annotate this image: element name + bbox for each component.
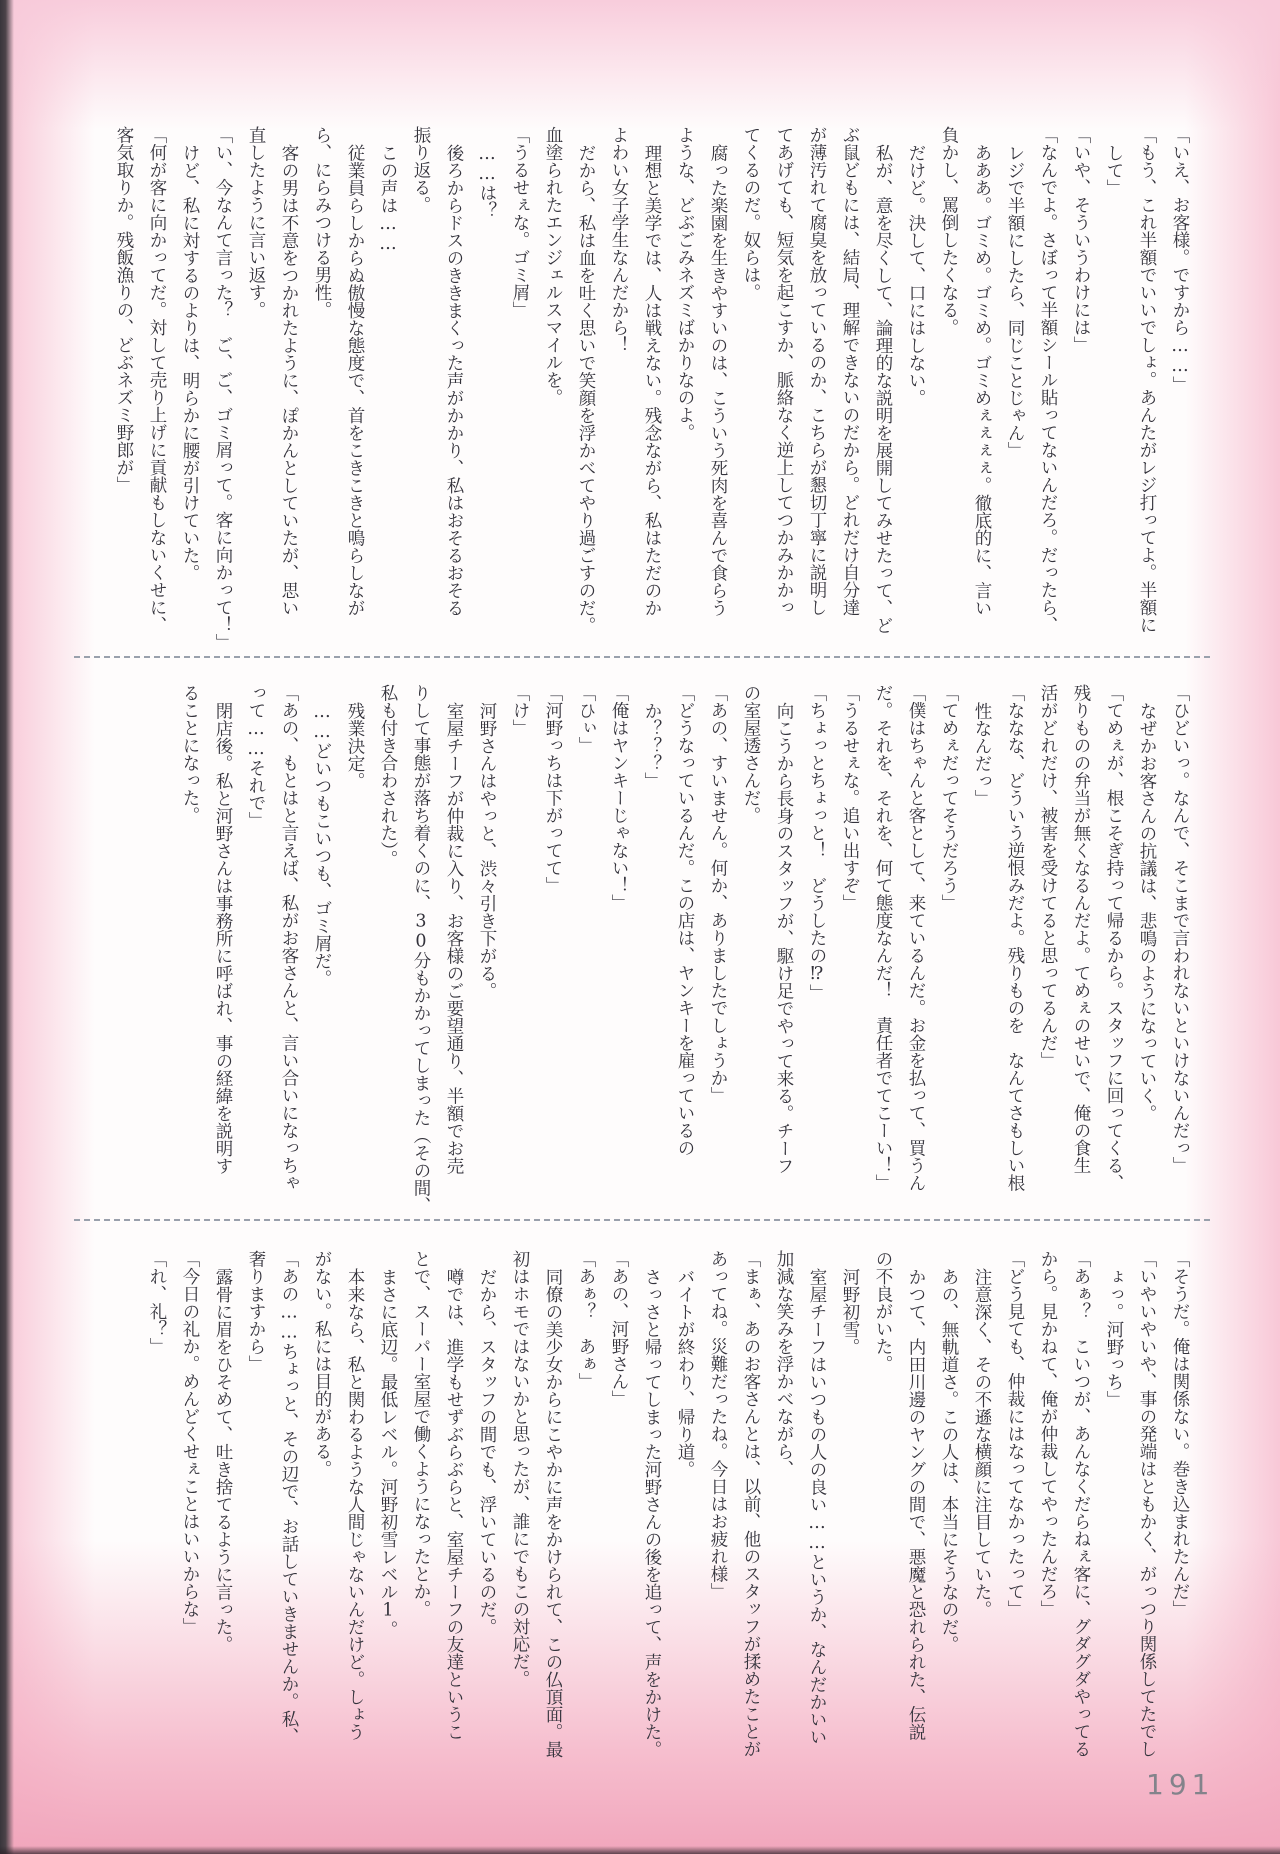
text-block-bottom: 「そうだ。俺は関係ない。巻き込まれたんだ」「いやいやいや、事の発端はともかく、が…: [80, 1250, 1196, 1786]
text-line: 閉店後。私と河野さんは事務所に呼ばれ、事の経緯を説明す: [206, 684, 239, 1238]
text-line: の室屋透さんだ。: [734, 684, 767, 1220]
text-line: この声は……: [371, 126, 404, 680]
text-line: 本来なら、私と関わるような人間じゃないんだけど。しょう: [338, 1250, 371, 1804]
text-line: けど、私に対するのよりは、明らかに腰が引けていた。: [173, 126, 206, 680]
text-line: から。見かねて、俺が仲裁してやったんだろ」: [1031, 1250, 1064, 1786]
text-line: 性なんだっ」: [965, 684, 998, 1238]
text-line: 「うるせぇな。ゴミ屑」: [503, 126, 536, 662]
text-line: 血塗られたエンジェルスマイルを。: [536, 126, 569, 662]
text-line: 向こうから長身のスタッフが、駆け足でやって来る。チーフ: [767, 684, 800, 1238]
text-line: して」: [1097, 126, 1130, 680]
text-line: レジで半額にしたら、同じことじゃん」: [998, 126, 1031, 680]
text-line: だけど。決して、口にはしない。: [899, 126, 932, 680]
text-line: 従業員らしからぬ傲慢な態度で、首をこきこきと鳴らしなが: [338, 126, 371, 680]
text-line: 初はホモではないかと思ったが、誰にでもこの対応だ。: [503, 1250, 536, 1786]
text-line: 加減な笑みを浮かべながら、: [767, 1250, 800, 1786]
text-line: 「け」: [503, 684, 536, 1220]
text-line: なぜかお客さんの抗議は、悲鳴のようになっていく。: [1130, 684, 1163, 1238]
text-line: 噂では、進学もせずぶらぶらと、室屋チーフの友達というこ: [437, 1250, 470, 1804]
text-line: ……どいつもこいつも、ゴミ屑だ。: [305, 684, 338, 1238]
text-line: 「あの、もとはと言えば、私がお客さんと、言い合いになっちゃ: [272, 684, 305, 1220]
text-line: 同僚の美少女からにこやかに声をかけられて、この仏頂面。最: [536, 1250, 569, 1804]
text-line: の不良がいた。: [866, 1250, 899, 1786]
text-line: 残業決定。: [338, 684, 371, 1238]
text-line: よわい女子学生なんだから！: [602, 126, 635, 662]
text-line: 「まぁ、あのお客さんとは、以前、他のスタッフが揉めたことが: [734, 1250, 767, 1786]
text-line: 客の男は不意をつかれたように、ぽかんとしていたが、思い: [272, 126, 305, 680]
text-block-top: 「いえ、お客様。ですから……」「もう、これ半額でいいでしょ。あんたがレジ打ってよ…: [80, 126, 1196, 662]
text-line: 「河野っちは下がってて」: [536, 684, 569, 1220]
text-line: 振り返る。: [404, 126, 437, 662]
text-line: 「うるせぇな。追い出すぞ」: [833, 684, 866, 1220]
text-line: 私も付き合わされた）。: [371, 684, 404, 1220]
text-line: ぶ鼠どもには、結局、理解できないのだから。どれだけ自分達: [833, 126, 866, 662]
book-page: 「いえ、お客様。ですから……」「もう、これ半額でいいでしょ。あんたがレジ打ってよ…: [0, 0, 1280, 1854]
text-line: 「あぁ？ あぁ」: [569, 1250, 602, 1786]
text-line: だから、私は血を吐く思いで笑顔を浮かべてやり過ごすのだ。: [569, 126, 602, 680]
text-line: てくるのだ。奴らは。: [734, 126, 767, 662]
text-line: 「あぁ？ こいつが、あんなくだらねぇ客に、グダグダやってる: [1064, 1250, 1097, 1786]
text-line: バイトが終わり、帰り道。: [668, 1250, 701, 1804]
text-line: 直したように言い返す。: [239, 126, 272, 662]
text-line: てあげても、短気を起こすか、脈絡なく逆上してつかみかかっ: [767, 126, 800, 662]
text-line: 残りものの弁当が無くなるんだよ。てめぇのせいで、俺の食生: [1064, 684, 1097, 1220]
text-line: あああ。ゴミめ。ゴミめ。ゴミめぇぇぇぇ。徹底的に、言い: [965, 126, 998, 680]
text-line: あの、無軌道さ。この人は、本当にそうなのだ。: [932, 1250, 965, 1804]
text-line: 「いやいやいや、事の発端はともかく、がっつり関係してたでし: [1130, 1250, 1163, 1786]
text-line: 「あの、河野さん」: [602, 1250, 635, 1786]
page-number: 191: [1146, 1768, 1214, 1801]
text-line: 注意深く、その不遜な横顔に注目していた。: [965, 1250, 998, 1804]
scan-edge-left: [0, 0, 14, 1854]
text-line: 「ななな、どういう逆恨みだよ。残りものを なんてさもしい根: [998, 684, 1031, 1220]
text-line: 「どうなっているんだ。この店は、ヤンキーを雇っているの: [668, 684, 701, 1220]
text-line: 「なんでよ。さぼって半額シール貼ってないんだろ。だったら、: [1031, 126, 1064, 662]
text-line: 「あの、すいません。何か、ありましたでしょうか」: [701, 684, 734, 1220]
text-line: 露骨に眉をひそめて、吐き捨てるように言った。: [206, 1250, 239, 1804]
text-line: 「そうだ。俺は関係ない。巻き込まれたんだ」: [1163, 1250, 1196, 1786]
text-line: 腐った楽園を生きやすいのは、こういう死肉を喜んで食らう: [701, 126, 734, 680]
text-line: 後ろからドスのききまくった声がかかり、私はおそるおそる: [437, 126, 470, 680]
text-line: 活がどれだけ、被害を受けてると思ってるんだ」: [1031, 684, 1064, 1220]
text-line: 理想と美学では、人は戦えない。残念ながら、私はただのか: [635, 126, 668, 680]
text-line: って……それで」: [239, 684, 272, 1220]
text-line: 「れ、礼？」: [140, 1250, 173, 1786]
text-line: 「いや、そういうわけには」: [1064, 126, 1097, 662]
text-line: 「どう見ても、仲裁にはなってなかったって」: [998, 1250, 1031, 1786]
text-line: 「あの……ちょっと、その辺で、お話していきませんか。私、: [272, 1250, 305, 1786]
text-line: だから、スタッフの間でも、浮いているのだ。: [470, 1250, 503, 1804]
text-line: 「てめぇが、根こそぎ持って帰るから。スタッフに回ってくる、: [1097, 684, 1130, 1220]
text-line: ょっ。河野っち」: [1097, 1250, 1130, 1804]
text-line: 「僕はちゃんと客として、来ているんだ。お金を払って、買うん: [899, 684, 932, 1220]
text-line: 客気取りか。残飯漁りの、どぶネズミ野郎が」: [107, 126, 140, 662]
text-line: だ。それを、それを、何て態度なんだ！ 責任者でてこーい！」: [866, 684, 899, 1220]
text-line: かつて、内田川邊のヤングの間で、悪魔と恐れられた、伝説: [899, 1250, 932, 1804]
text-line: 河野さんはやっと、渋々引き下がる。: [470, 684, 503, 1238]
text-line: 「い、今なんて言った？ ご、ご、ゴミ屑って。客に向かって！」: [206, 126, 239, 662]
text-line: 室屋チーフはいつもの人の良い……というか、なんだかいい: [800, 1250, 833, 1804]
text-line: 「ひぃ」: [569, 684, 602, 1220]
text-line: 負かし、罵倒したくなる。: [932, 126, 965, 662]
text-line: あってね。災難だったね。今日はお疲れ様」: [701, 1250, 734, 1786]
text-line: ることになった。: [173, 684, 206, 1220]
text-line: か？？？」: [635, 684, 668, 1238]
text-line: 室屋チーフが仲裁に入り、お客様のご要望通り、半額でお売: [437, 684, 470, 1238]
text-line: 河野初雪。: [833, 1250, 866, 1804]
text-line: 奢りますから」: [239, 1250, 272, 1786]
text-block-middle: 「ひどいっ。なんで、そこまで言われないといけないんだっ」なぜかお客さんの抗議は、…: [80, 684, 1196, 1220]
text-line: ら、にらみつける男性。: [305, 126, 338, 662]
text-line: 「てめぇだってそうだろう」: [932, 684, 965, 1220]
text-line: 「ひどいっ。なんで、そこまで言われないといけないんだっ」: [1163, 684, 1196, 1220]
text-line: 「俺はヤンキーじゃない！」: [602, 684, 635, 1220]
scan-shadow-bottom: [0, 1846, 1280, 1854]
text-line: さっさと帰ってしまった河野さんの後を追って、声をかけた。: [635, 1250, 668, 1804]
text-line: 「何が客に向かってだ。対して売り上げに貢献もしないくせに、: [140, 126, 173, 662]
dashed-divider-1: [74, 656, 1210, 658]
text-line: ような、どぶごみネズミばかりなのよ。: [668, 126, 701, 662]
text-line: 「ちょっとちょっと！ どうしたの⁉」: [800, 684, 833, 1220]
text-line: 「もう、これ半額でいいでしょ。あんたがレジ打ってよ。半額に: [1130, 126, 1163, 662]
text-line: 私が、意を尽くして、論理的な説明を展開してみせたって、ど: [866, 126, 899, 680]
text-line: りして事態が落ち着くのに、30分もかかってしまった（その間、: [404, 684, 437, 1220]
dashed-divider-2: [74, 1219, 1210, 1221]
text-line: まさに底辺。最低レベル。河野初雪レベル1。: [371, 1250, 404, 1804]
text-line: ……は？: [470, 126, 503, 680]
text-line: とで、スーパー室屋で働くようになったとか。: [404, 1250, 437, 1786]
text-line: 「今日の礼か。めんどくせぇことはいいからな」: [173, 1250, 206, 1786]
text-line: が薄汚れて腐臭を放っているのか、こちらが懇切丁寧に説明し: [800, 126, 833, 662]
text-line: がない。私には目的がある。: [305, 1250, 338, 1786]
text-line: 「いえ、お客様。ですから……」: [1163, 126, 1196, 662]
